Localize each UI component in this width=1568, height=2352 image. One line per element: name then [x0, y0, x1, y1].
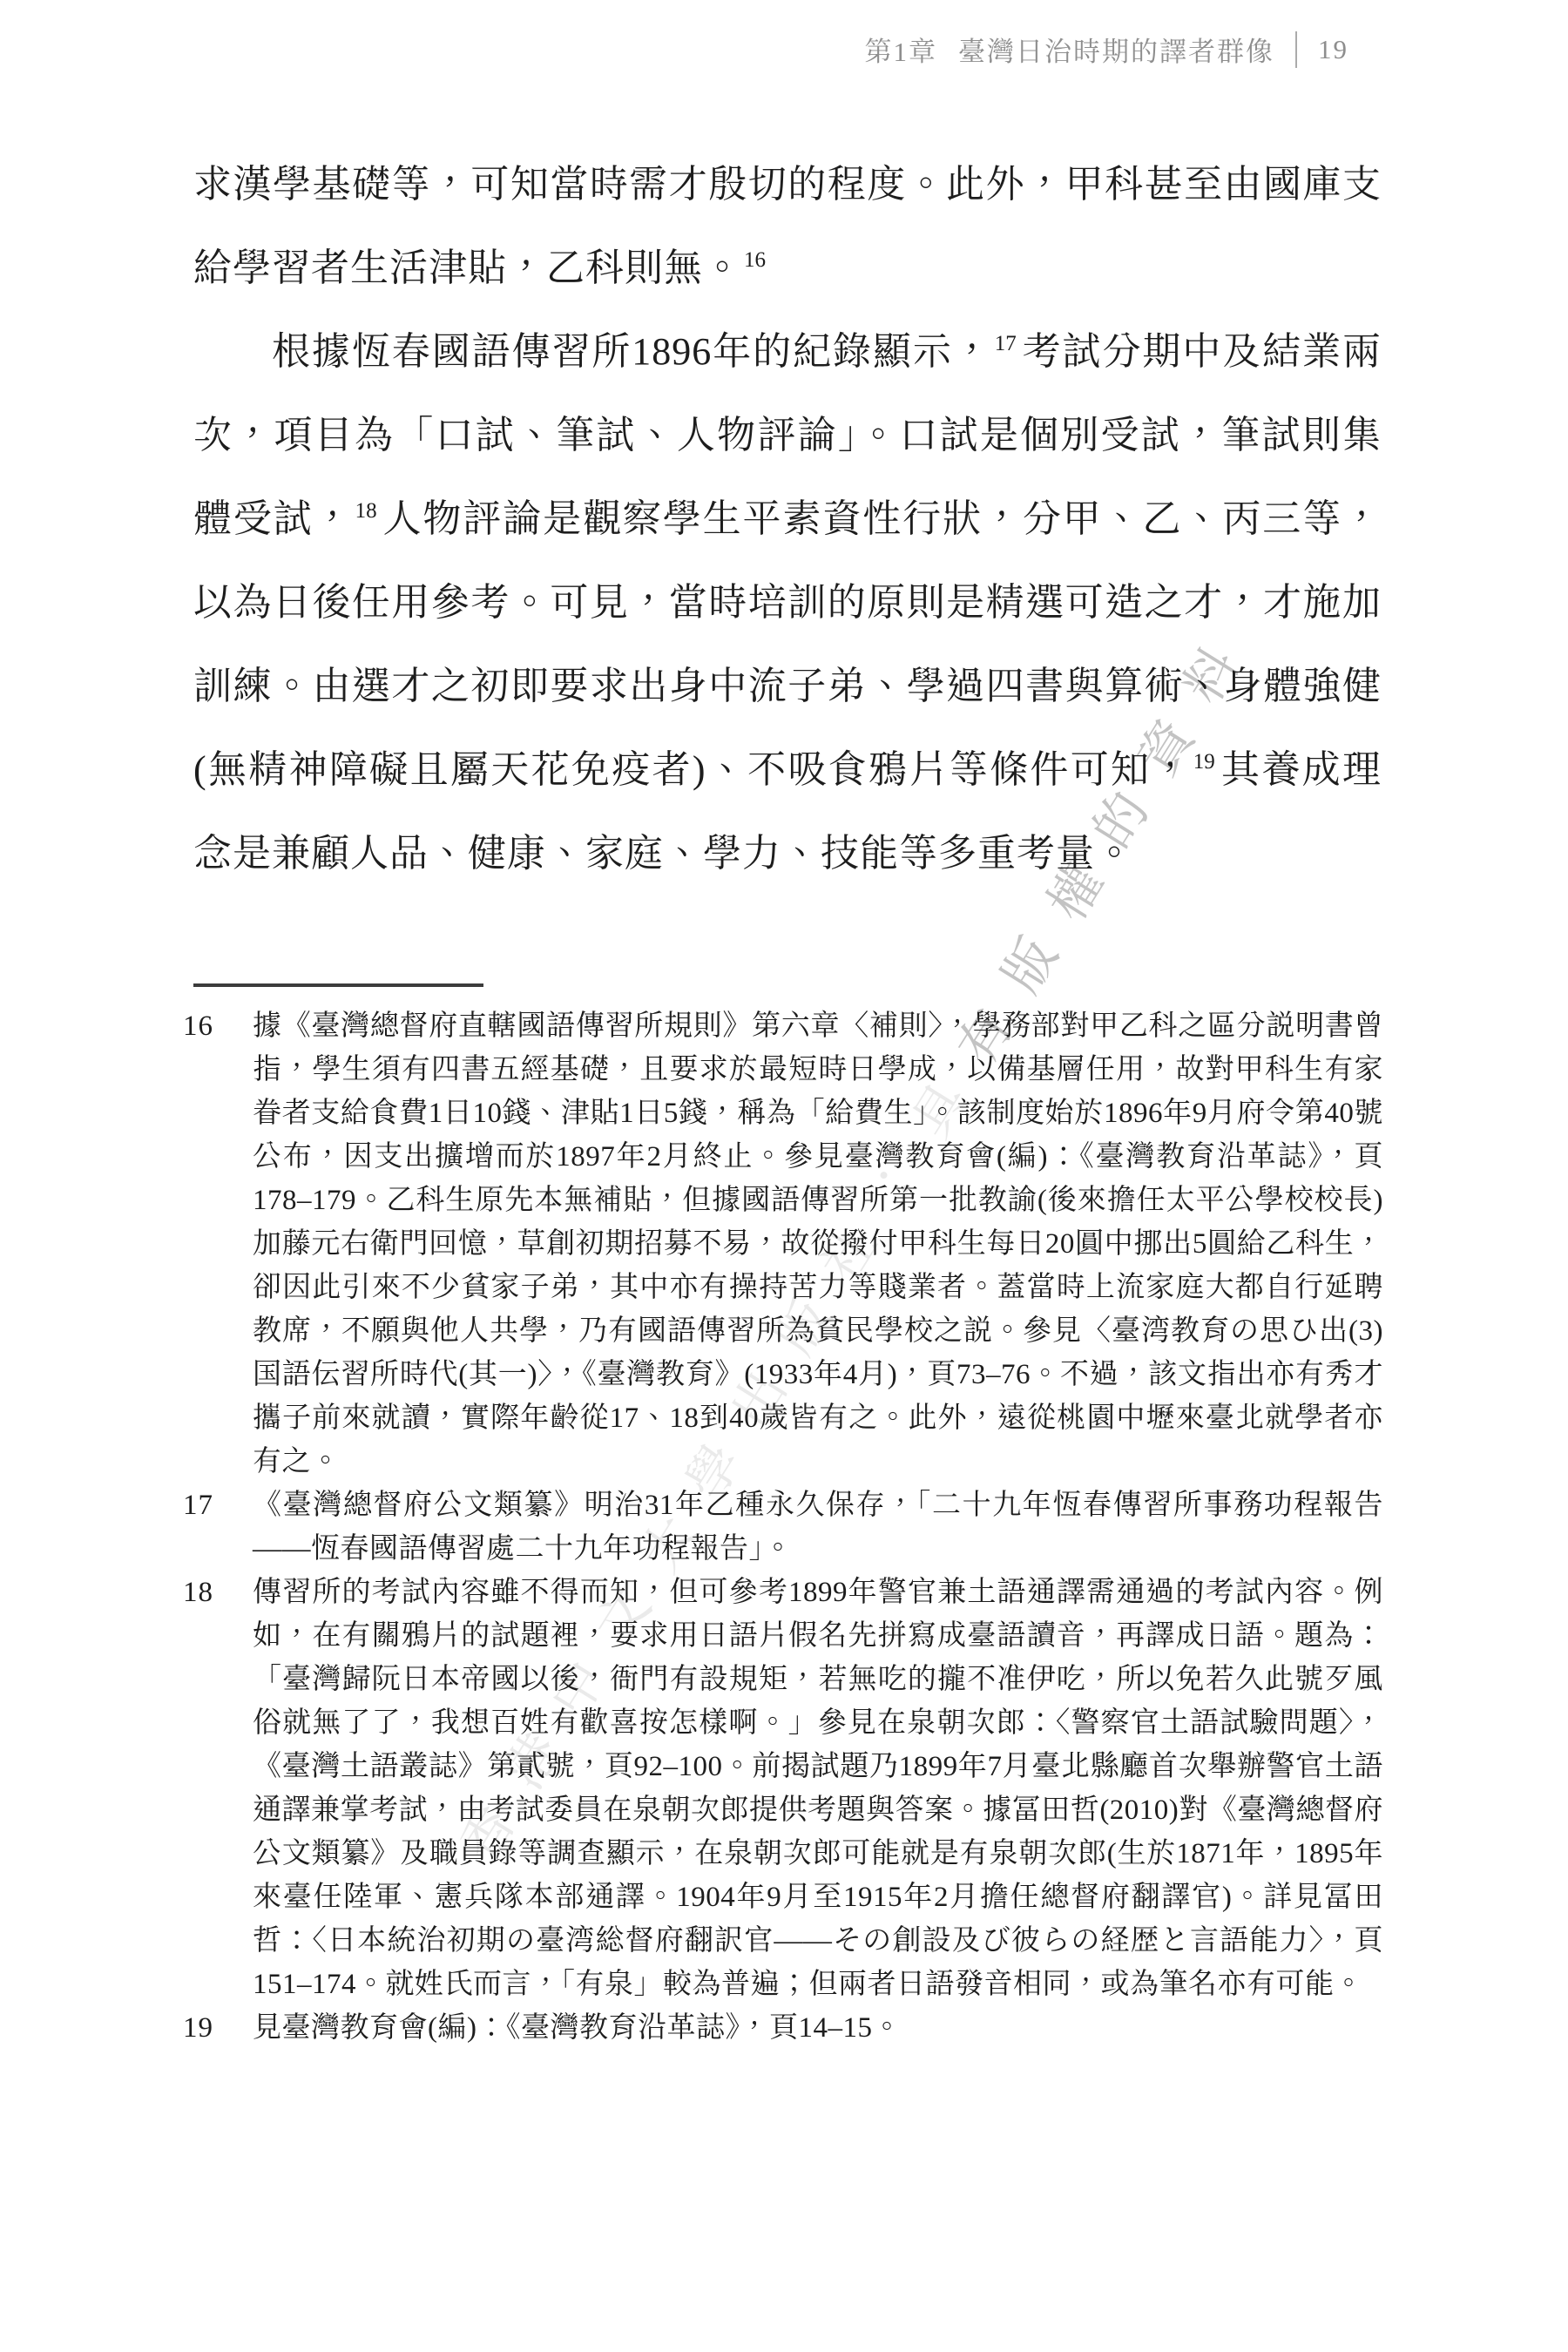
main-text-block: 求漢學基礎等，可知當時需才殷切的程度。此外，甲科甚至由國庫支給學習者生活津貼，乙…: [193, 143, 1382, 896]
footnote-ref-17: 17: [995, 332, 1017, 355]
footnote-separator-rule: [193, 983, 483, 987]
footnote-19-number: 19: [183, 2006, 244, 2050]
footnote-ref-16: 16: [744, 248, 766, 272]
footnote-16: 16 據《臺灣總督府直轄國語傳習所規則》第六章〈補則〉，學務部對甲乙科之區分説明…: [183, 1004, 1383, 1484]
footnote-18-number: 18: [183, 1571, 244, 1614]
footnote-19-text: 見臺灣教育會(編)：《臺灣教育沿革誌》，頁14–15。: [253, 2012, 902, 2044]
footnote-17-text: 《臺灣總督府公文類纂》明治31年乙種永久保存，「二十九年恆春傳習所事務功程報告—…: [253, 1490, 1383, 1565]
page-number: 19: [1318, 34, 1348, 65]
paragraph-1-text: 求漢學基礎等，可知當時需才殷切的程度。此外，甲科甚至由國庫支給學習者生活津貼，乙…: [193, 163, 1382, 289]
footnote-18: 18 傳習所的考試內容雖不得而知，但可參考1899年警官兼土語通譯需通過的考試內…: [183, 1571, 1383, 2006]
running-header: 第1章 臺灣日治時期的譯者群像 19: [865, 30, 1349, 69]
footnote-18-text: 傳習所的考試內容雖不得而知，但可參考1899年警官兼土語通譯需通過的考試內容。例…: [253, 1577, 1383, 2000]
paragraph-1: 求漢學基礎等，可知當時需才殷切的程度。此外，甲科甚至由國庫支給學習者生活津貼，乙…: [193, 143, 1382, 310]
header-divider: [1295, 31, 1297, 68]
footnotes-block: 16 據《臺灣總督府直轄國語傳習所規則》第六章〈補則〉，學務部對甲乙科之區分説明…: [183, 1004, 1383, 2050]
paragraph-2-text-3: 人物評論是觀察學生平素資性行狀，分甲、乙、丙三等，以為日後任用參考。可見，當時培…: [193, 497, 1382, 791]
paragraph-2-text-1: 根據恆春國語傳習所1896年的紀錄顯示，: [272, 330, 993, 373]
footnote-16-text: 據《臺灣總督府直轄國語傳習所規則》第六章〈補則〉，學務部對甲乙科之區分説明書曾指…: [253, 1010, 1383, 1477]
footnote-17: 17 《臺灣總督府公文類纂》明治31年乙種永久保存，「二十九年恆春傳習所事務功程…: [183, 1484, 1383, 1571]
chapter-label: 第1章: [865, 30, 938, 69]
paragraph-2: 根據恆春國語傳習所1896年的紀錄顯示，17考試分期中及結業兩次，項目為「口試、…: [193, 310, 1382, 896]
footnote-ref-19: 19: [1193, 750, 1215, 774]
chapter-title: 臺灣日治時期的譯者群像: [958, 30, 1274, 69]
footnote-16-number: 16: [183, 1004, 244, 1048]
footnote-19: 19 見臺灣教育會(編)：《臺灣教育沿革誌》，頁14–15。: [183, 2006, 1383, 2050]
footnote-ref-18: 18: [355, 499, 377, 523]
footnote-17-number: 17: [183, 1484, 244, 1527]
book-page: 香港中文大學出版社：具有版權的資料 第1章 臺灣日治時期的譯者群像 19 求漢學…: [0, 0, 1568, 2352]
